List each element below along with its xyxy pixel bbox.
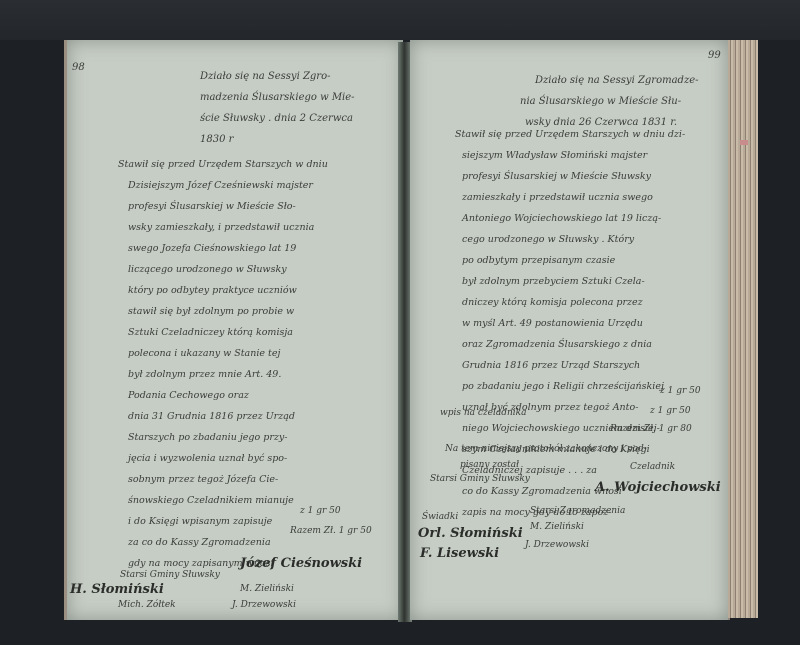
left-body-line: i do Księgi wpisanym zapisuje <box>128 511 272 533</box>
left-body-line: swego Jozefa Cieśnowskiego lat 19 <box>128 238 296 260</box>
left-body-line: polecona i ukazany w Stanie tej <box>128 343 280 365</box>
right-body-line: cego urodzonego w Słuwsky . Który <box>462 229 634 251</box>
left-body-line: był zdolnym przez mnie Art. 49. <box>128 364 281 386</box>
right-body-line: zamieszkały i przedstawił ucznia swego <box>462 187 653 209</box>
right-body-line: w myśl Art. 49 postanowienia Urzędu <box>462 313 643 335</box>
left-body-line: Stawił się przed Urzędem Starszych w dni… <box>118 154 328 176</box>
right-entry-line: wpis na czeladnika <box>440 408 526 418</box>
right-signature-label: Starsi Gminy Słuwsky <box>430 474 530 484</box>
left-amount: z 1 gr 50 <box>300 506 341 516</box>
right-amount: z 1 gr 50 <box>650 406 691 416</box>
right-total: Razem Zł. 1 gr 80 <box>610 424 692 434</box>
left-body-line: sobnym przez tegoż Józefa Cie- <box>128 469 278 491</box>
left-signature: M. Zieliński <box>240 584 294 594</box>
left-body-line: który po odbytey praktyce uczniów <box>128 280 297 302</box>
right-body-line: siejszym Władysław Słomiński majster <box>462 145 647 167</box>
left-signature: Mich. Zółtek <box>118 600 176 610</box>
left-body-line: wsky zamieszkały, i przedstawił ucznia <box>128 217 314 239</box>
right-signature-label: Czeladnik <box>630 462 675 472</box>
right-closing: Na tem niniejszy protokół zakończony i p… <box>445 444 647 454</box>
left-body-line: Starszych po zbadaniu jego przy- <box>128 427 287 449</box>
left-body-line: Podania Cechowego oraz <box>128 385 249 407</box>
left-signature: Józef Cieśnowski <box>240 556 362 571</box>
right-closing: pisany został <box>460 460 519 470</box>
left-signature: J. Drzewowski <box>232 600 296 610</box>
right-body-line: po odbytym przepisanym czasie <box>462 250 615 272</box>
right-signature: J. Drzewowski <box>525 540 589 550</box>
right-body-line: Stawił się przed Urzędem Starszych w dni… <box>455 124 685 146</box>
right-page-number: 99 <box>708 50 721 61</box>
left-heading-line-3: ście Słuwsky . dnia 2 Czerwca <box>200 108 353 129</box>
right-body-line: był zdolnym przebyciem Sztuki Czela- <box>462 271 645 293</box>
left-signature-label: Starsi Gminy Słuwsky <box>120 570 220 580</box>
left-body-line: stawił się był zdolnym po probie w <box>128 301 294 323</box>
right-body-line: po zbadaniu jego i Religii chrześcijańsk… <box>462 376 664 398</box>
right-signature-label: Świadki <box>422 512 458 522</box>
page-marker <box>740 140 748 145</box>
right-body-line: dniczey którą komisja polecona przez <box>462 292 643 314</box>
left-body-line: dnia 31 Grudnia 1816 przez Urząd <box>128 406 295 428</box>
left-body-line: liczącego urodzonego w Słuwsky <box>128 259 287 281</box>
right-body-line: oraz Zgromadzenia Ślusarskiego z dnia <box>462 334 652 356</box>
left-page-number: 98 <box>72 62 85 73</box>
left-body-line: śnowskiego Czeladnikiem mianuje <box>128 490 294 512</box>
left-heading-line-1: Działo się na Sessyi Zgro- <box>200 66 330 87</box>
right-body-line: Antoniego Wojciechowskiego lat 19 liczą- <box>462 208 661 230</box>
right-signature: A. Wojciechowski <box>595 480 721 495</box>
right-signature: M. Zieliński <box>530 522 584 532</box>
right-heading-line-1: Działo się na Sessyi Zgromadze- <box>535 70 699 91</box>
left-body-line: profesyi Ślusarskiej w Mieście Sło- <box>128 196 296 218</box>
right-body-line: profesyi Ślusarskiej w Mieście Słuwsky <box>462 166 651 188</box>
page-edges <box>728 40 758 618</box>
right-signature-label: Starsi Zgromadzenia <box>530 506 625 516</box>
left-heading-line-2: madzenia Ślusarskiego w Mie- <box>200 87 355 108</box>
left-signature: H. Słomiński <box>70 582 164 597</box>
left-body-line: Sztuki Czeladniczey którą komisja <box>128 322 293 344</box>
right-amount: z 1 gr 50 <box>660 386 701 396</box>
right-body-line: Grudnia 1816 przez Urząd Starszych <box>462 355 640 377</box>
left-body-line: jęcia i wyzwolenia uznał być spo- <box>128 448 287 470</box>
left-body-line: Dzisiejszym Józef Cześniewski majster <box>128 175 313 197</box>
right-signature: Orl. Słomiński <box>418 526 523 541</box>
left-total: Razem Zł. 1 gr 50 <box>290 526 372 536</box>
left-body-line: za co do Kassy Zgromadzenia <box>128 532 271 554</box>
left-heading-line-4: 1830 r <box>200 129 233 150</box>
right-heading-line-2: nia Ślusarskiego w Mieście Słu- <box>520 91 681 112</box>
right-signature: F. Lisewski <box>420 546 499 561</box>
